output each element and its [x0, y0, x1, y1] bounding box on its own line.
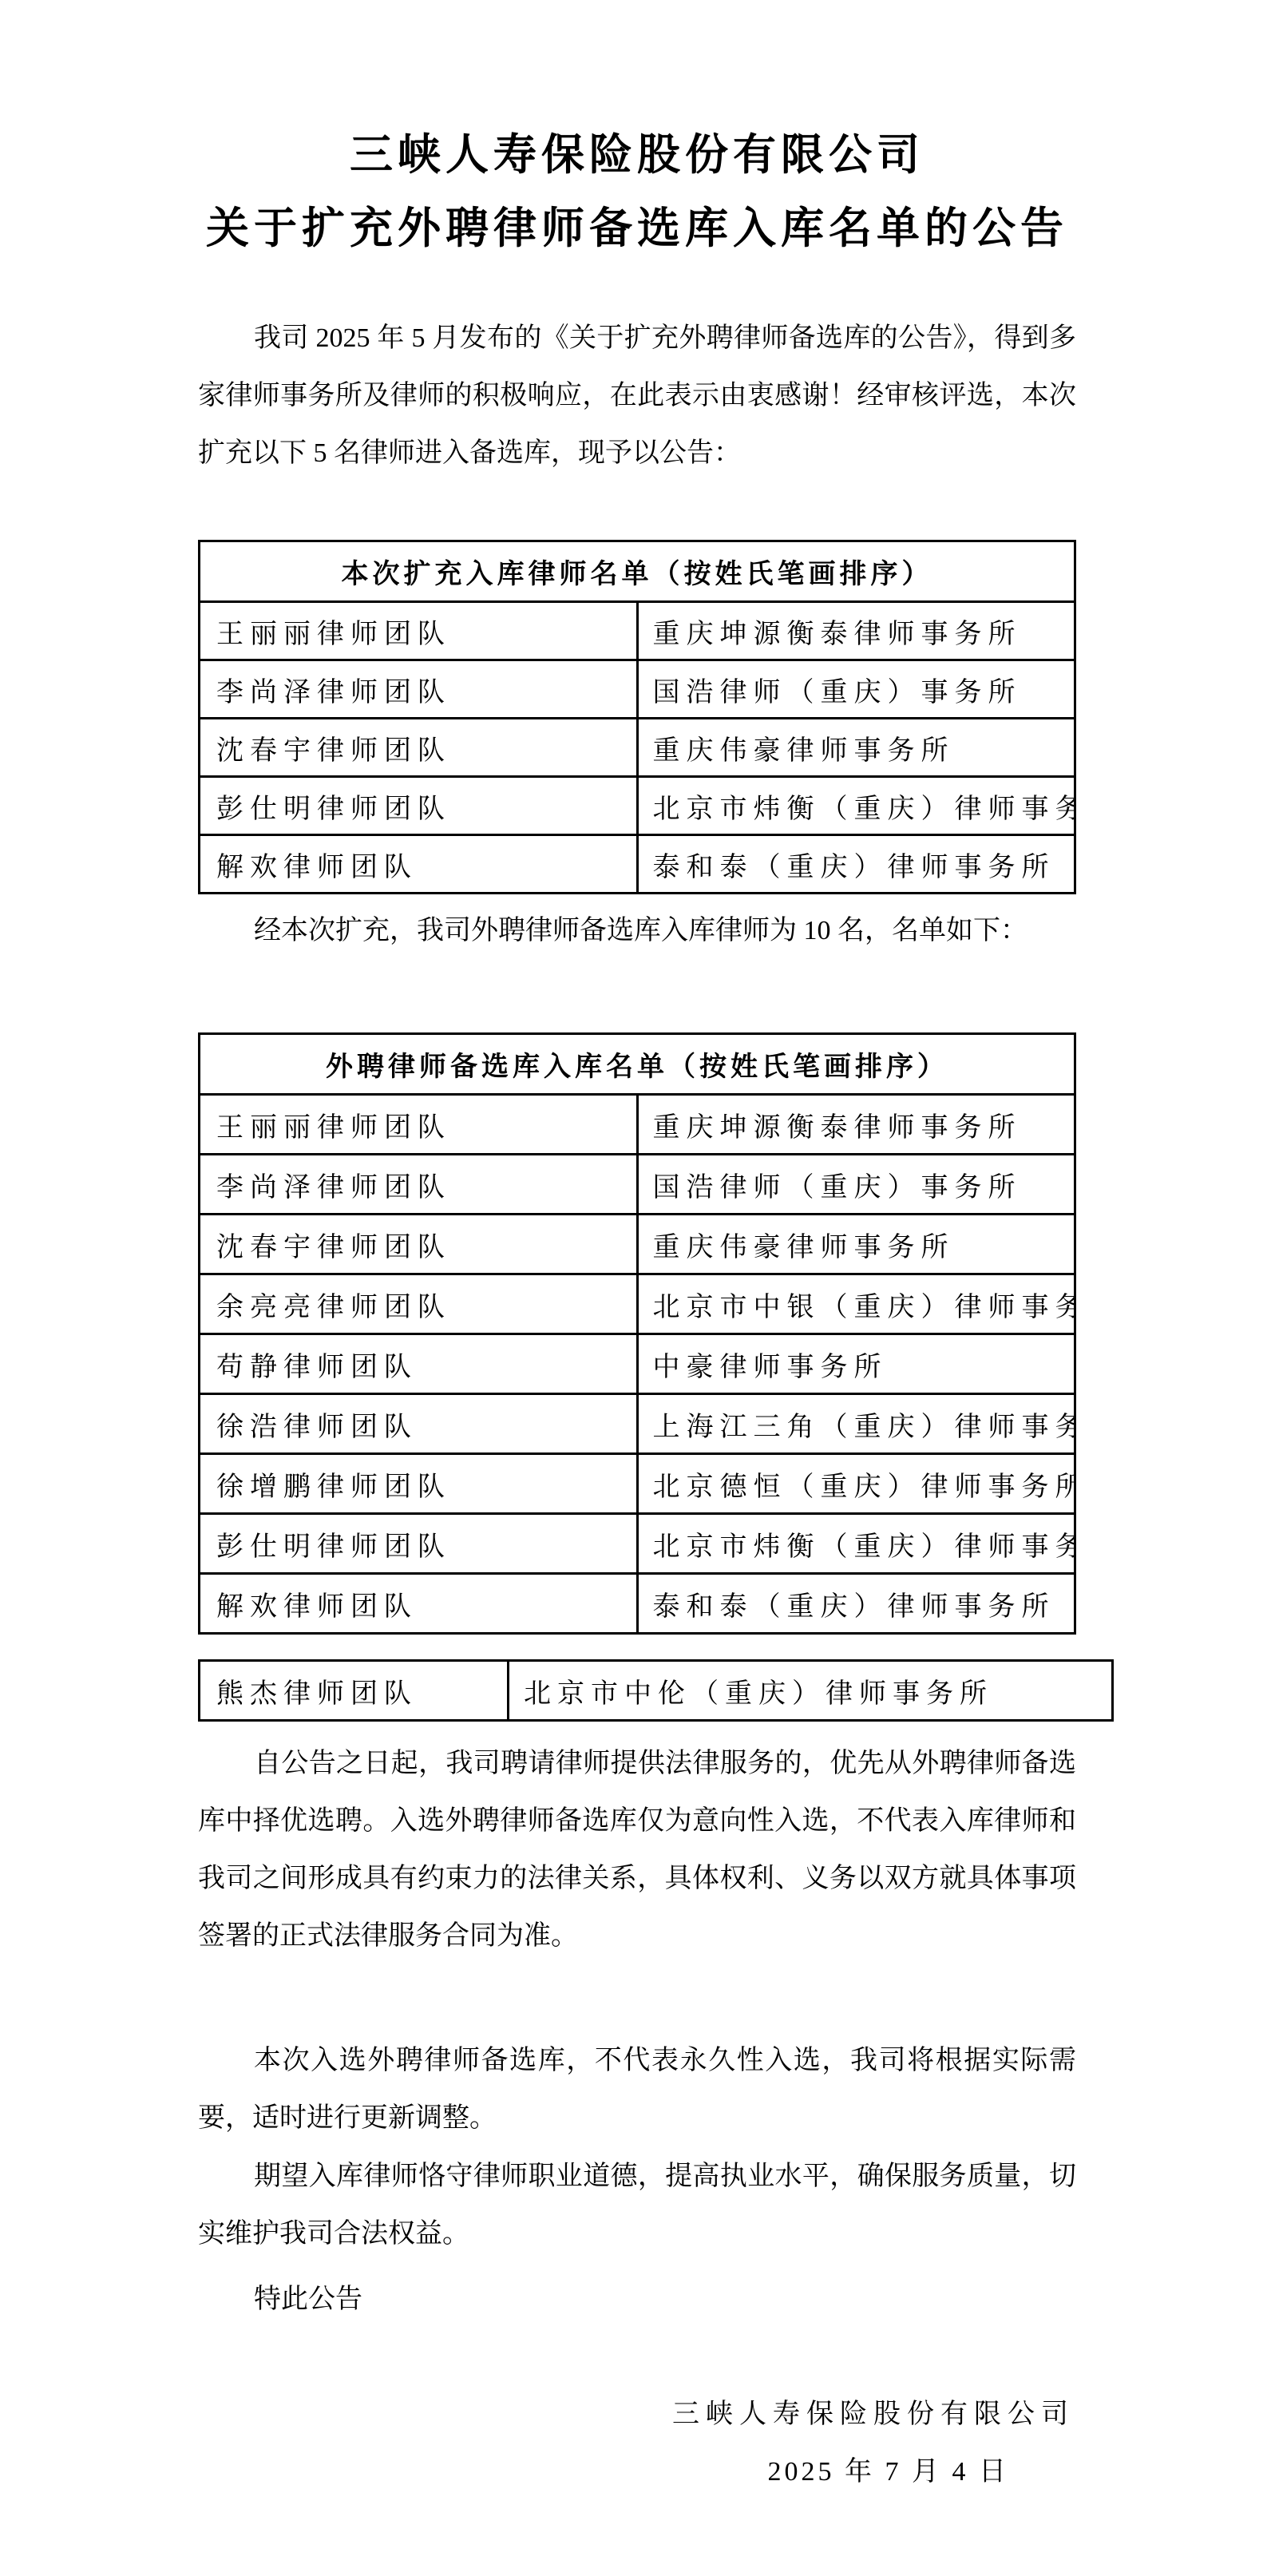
paragraph-closing: 特此公告: [198, 2271, 1076, 2328]
law-firm-cell: 泰和泰（重庆）律师事务所: [637, 835, 1075, 894]
lawyer-team-cell: 解欢律师团队: [200, 1574, 638, 1634]
table-row: 李尚泽律师团队 国浩律师（重庆）事务所: [200, 660, 1075, 719]
lawyer-team-cell: 沈春宇律师团队: [200, 719, 638, 777]
table-row: 沈春宇律师团队 重庆伟豪律师事务所: [200, 1215, 1075, 1274]
table-row: 徐增鹏律师团队 北京德恒（重庆）律师事务所: [200, 1454, 1075, 1514]
table-row: 余亮亮律师团队 北京市中银（重庆）律师事务所: [200, 1274, 1075, 1334]
table-caption-row: 外聘律师备选库入库名单（按姓氏笔画排序）: [200, 1034, 1075, 1095]
expanded-lawyer-table: 本次扩充入库律师名单（按姓氏笔画排序） 王丽丽律师团队 重庆坤源衡泰律师事务所 …: [198, 540, 1076, 894]
lawyer-team-cell: 李尚泽律师团队: [200, 1155, 638, 1215]
table-row: 彭仕明律师团队 北京市炜衡（重庆）律师事务所: [200, 777, 1075, 835]
full-roster-table-overflow: 熊杰律师团队 北京市中伦（重庆）律师事务所: [198, 1659, 1114, 1722]
table-caption-row: 本次扩充入库律师名单（按姓氏笔画排序）: [200, 541, 1075, 602]
lawyer-team-cell: 彭仕明律师团队: [200, 1514, 638, 1574]
full-roster-table: 外聘律师备选库入库名单（按姓氏笔画排序） 王丽丽律师团队 重庆坤源衡泰律师事务所…: [198, 1032, 1076, 1635]
law-firm-cell: 北京市炜衡（重庆）律师事务所: [637, 1514, 1075, 1574]
table2-caption: 外聘律师备选库入库名单（按姓氏笔画排序）: [200, 1034, 1075, 1095]
document-title: 三峡人寿保险股份有限公司 关于扩充外聘律师备选库入库名单的公告: [198, 118, 1076, 265]
paragraph-update-policy: 本次入选外聘律师备选库，不代表永久性入选，我司将根据实际需要，适时进行更新调整。: [198, 2032, 1076, 2147]
law-firm-cell: 北京市中银（重庆）律师事务所: [637, 1274, 1075, 1334]
table-row: 王丽丽律师团队 重庆坤源衡泰律师事务所: [200, 1095, 1075, 1155]
law-firm-cell: 北京德恒（重庆）律师事务所: [637, 1454, 1075, 1514]
lawyer-team-cell: 彭仕明律师团队: [200, 777, 638, 835]
law-firm-cell: 上海江三角（重庆）律师事务所: [637, 1394, 1075, 1454]
paragraph-expectation: 期望入库律师恪守律师职业道德，提高执业水平，确保服务质量，切实维护我司合法权益。: [198, 2148, 1076, 2263]
law-firm-cell: 中豪律师事务所: [637, 1334, 1075, 1394]
law-firm-cell: 国浩律师（重庆）事务所: [637, 1155, 1075, 1215]
law-firm-cell: 北京市中伦（重庆）律师事务所: [509, 1661, 1113, 1721]
lawyer-team-cell: 王丽丽律师团队: [200, 1095, 638, 1155]
table-row: 彭仕明律师团队 北京市炜衡（重庆）律师事务所: [200, 1514, 1075, 1574]
paragraph-intro: 我司 2025 年 5 月发布的《关于扩充外聘律师备选库的公告》，得到多家律师事…: [198, 310, 1076, 540]
lawyer-team-cell: 苟静律师团队: [200, 1334, 638, 1394]
table-row: 徐浩律师团队 上海江三角（重庆）律师事务所: [200, 1394, 1075, 1454]
paragraph-selection-policy: 自公告之日起，我司聘请律师提供法律服务的，优先从外聘律师备选库中择优选聘。入选外…: [198, 1735, 1076, 2023]
document-title-line-1: 三峡人寿保险股份有限公司: [198, 118, 1076, 192]
announcement-document-page: 三峡人寿保险股份有限公司 关于扩充外聘律师备选库入库名单的公告 我司 2025 …: [0, 0, 1267, 2576]
table-row: 沈春宇律师团队 重庆伟豪律师事务所: [200, 719, 1075, 777]
lawyer-team-cell: 余亮亮律师团队: [200, 1274, 638, 1334]
law-firm-cell: 国浩律师（重庆）事务所: [637, 660, 1075, 719]
lawyer-team-cell: 李尚泽律师团队: [200, 660, 638, 719]
lawyer-team-cell: 徐增鹏律师团队: [200, 1454, 638, 1514]
lawyer-team-cell: 解欢律师团队: [200, 835, 638, 894]
law-firm-cell: 重庆坤源衡泰律师事务所: [637, 1095, 1075, 1155]
lawyer-team-cell: 熊杰律师团队: [200, 1661, 509, 1721]
law-firm-cell: 重庆伟豪律师事务所: [637, 719, 1075, 777]
table-row: 李尚泽律师团队 国浩律师（重庆）事务所: [200, 1155, 1075, 1215]
document-title-line-2: 关于扩充外聘律师备选库入库名单的公告: [198, 192, 1076, 265]
lawyer-team-cell: 沈春宇律师团队: [200, 1215, 638, 1274]
company-signature: 三峡人寿保险股份有限公司: [198, 2386, 1076, 2443]
table-row: 熊杰律师团队 北京市中伦（重庆）律师事务所: [200, 1661, 1113, 1721]
table-row: 解欢律师团队 泰和泰（重庆）律师事务所: [200, 1574, 1075, 1634]
paragraph-total-count: 经本次扩充，我司外聘律师备选库入库律师为 10 名，名单如下：: [198, 902, 1076, 1017]
announcement-date: 2025 年 7 月 4 日: [198, 2443, 1076, 2501]
lawyer-team-cell: 王丽丽律师团队: [200, 602, 638, 660]
law-firm-cell: 泰和泰（重庆）律师事务所: [637, 1574, 1075, 1634]
table-row: 王丽丽律师团队 重庆坤源衡泰律师事务所: [200, 602, 1075, 660]
lawyer-team-cell: 徐浩律师团队: [200, 1394, 638, 1454]
table1-caption: 本次扩充入库律师名单（按姓氏笔画排序）: [200, 541, 1075, 602]
law-firm-cell: 重庆坤源衡泰律师事务所: [637, 602, 1075, 660]
law-firm-cell: 重庆伟豪律师事务所: [637, 1215, 1075, 1274]
law-firm-cell: 北京市炜衡（重庆）律师事务所: [637, 777, 1075, 835]
table-row: 苟静律师团队 中豪律师事务所: [200, 1334, 1075, 1394]
table-row: 解欢律师团队 泰和泰（重庆）律师事务所: [200, 835, 1075, 894]
